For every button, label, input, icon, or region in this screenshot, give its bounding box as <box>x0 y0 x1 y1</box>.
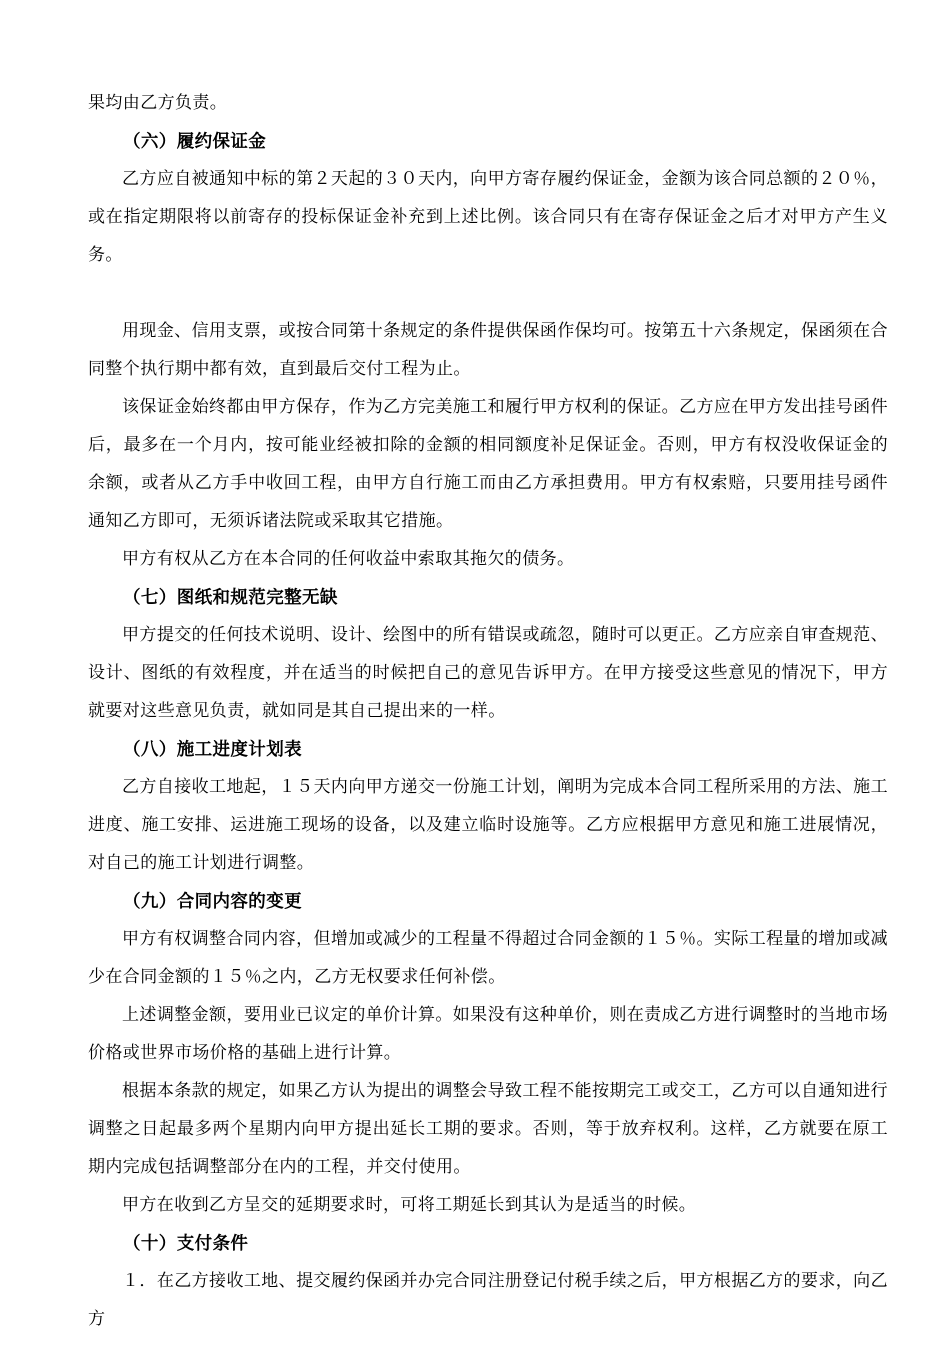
paragraph: 甲方在收到乙方呈交的延期要求时，可将工期延长到其认为是适当的时候。 <box>88 1186 888 1224</box>
section-heading-7-drawings-specs: （七）图纸和规范完整无缺 <box>88 578 888 616</box>
paragraph: 甲方提交的任何技术说明、设计、绘图中的所有错误或疏忽，随时可以更正。乙方应亲自审… <box>88 616 888 730</box>
section-heading-8-schedule: （八）施工进度计划表 <box>88 730 888 768</box>
section-heading-6-performance-bond: （六）履约保证金 <box>88 122 888 160</box>
blank-line <box>88 274 888 312</box>
paragraph: 根据本条款的规定，如果乙方认为提出的调整会导致工程不能按期完工或交工，乙方可以自… <box>88 1072 888 1186</box>
paragraph-continuation: 果均由乙方负责。 <box>88 84 888 122</box>
section-heading-9-contract-changes: （九）合同内容的变更 <box>88 882 888 920</box>
paragraph: １．在乙方接收工地、提交履约保函并办完合同注册登记付税手续之后，甲方根据乙方的要… <box>88 1262 888 1338</box>
paragraph: 用现金、信用支票，或按合同第十条规定的条件提供保函作保均可。按第五十六条规定，保… <box>88 312 888 388</box>
paragraph: 上述调整金额，要用业已议定的单价计算。如果没有这种单价，则在责成乙方进行调整时的… <box>88 996 888 1072</box>
section-heading-10-payment-terms: （十）支付条件 <box>88 1224 888 1262</box>
document-page: 果均由乙方负责。 （六）履约保证金 乙方应自被通知中标的第２天起的３０天内，向甲… <box>0 0 950 1346</box>
paragraph: 乙方自接收工地起，１５天内向甲方递交一份施工计划，阐明为完成本合同工程所采用的方… <box>88 768 888 882</box>
paragraph: 乙方应自被通知中标的第２天起的３０天内，向甲方寄存履约保证金，金额为该合同总额的… <box>88 160 888 274</box>
paragraph: 该保证金始终都由甲方保存，作为乙方完美施工和履行甲方权利的保证。乙方应在甲方发出… <box>88 388 888 540</box>
paragraph: 甲方有权调整合同内容，但增加或减少的工程量不得超过合同金额的１５％。实际工程量的… <box>88 920 888 996</box>
paragraph: 甲方有权从乙方在本合同的任何收益中索取其拖欠的债务。 <box>88 540 888 578</box>
